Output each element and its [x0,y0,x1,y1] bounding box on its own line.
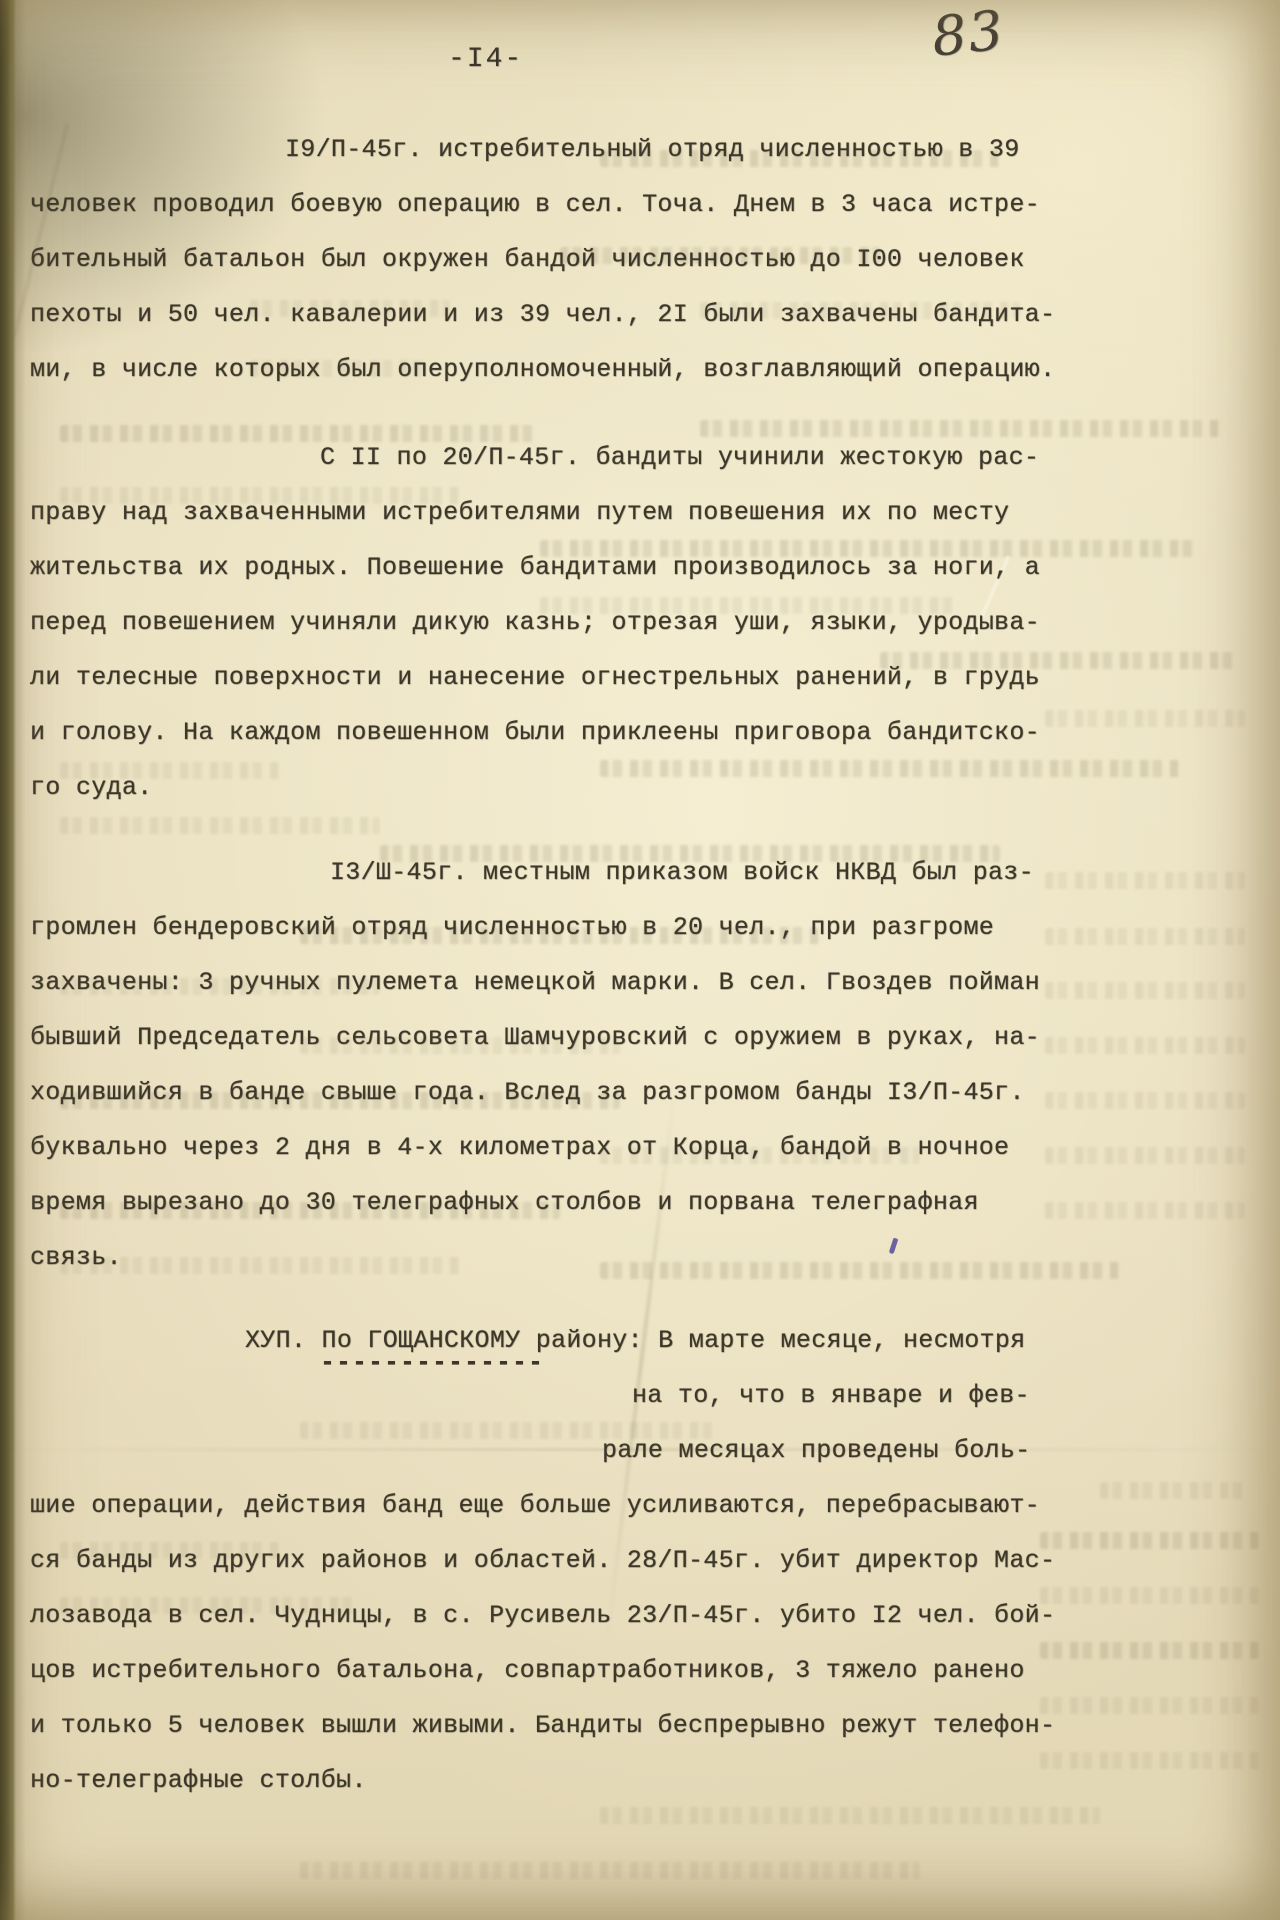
typed-line: I3/Ш-45г. местным приказом войск НКВД бы… [30,845,1050,900]
typed-line: цов истребительного батальона, совпартра… [30,1643,1050,1698]
section-heading: ХУП. По ГОЩАНСКОМУ району: В марте месяц… [30,1313,1050,1368]
bleed-through-text [1045,1147,1245,1164]
handwritten-folio-number: 83 [929,0,1008,69]
typed-line: го суда. [30,760,1050,815]
bleed-through-text [600,1807,1100,1824]
section-heading-paragraph: ХУП. По ГОЩАНСКОМУ району: В марте месяц… [30,1313,1050,1808]
typed-line: жительства их родных. Повешение бандитам… [30,540,1050,595]
typed-line: ли телесные поверхности и нанесение огне… [30,650,1050,705]
bleed-through-text [1045,982,1245,999]
typed-line: ходившийся в банде свыше года. Вслед за … [30,1065,1050,1120]
typed-line: перед повешением учиняли дикую казнь; от… [30,595,1050,650]
scan-edge-shadow-inner [12,0,26,1920]
bleed-through-text [1040,1642,1260,1659]
typed-line: пехоты и 50 чел. кавалерии и из 39 чел.,… [30,287,1050,342]
bleed-through-text [1045,1037,1245,1054]
typed-line: и голову. На каждом повешенном были прик… [30,705,1050,760]
typed-line: ми, в числе которых был оперуполномоченн… [30,342,1050,397]
typed-line: I9/П-45г. истребительный отряд численнос… [30,122,1050,177]
bleed-through-text [1100,1482,1250,1499]
typed-line: захвачены: 3 ручных пулемета немецкой ма… [30,955,1050,1010]
typed-line: бительный батальон был окружен бандой чи… [30,232,1050,287]
typed-line: человек проводил боевую операцию в сел. … [30,177,1050,232]
paragraph: I9/П-45г. истребительный отряд численнос… [30,122,1050,397]
bleed-through-text [1040,1532,1260,1549]
typed-line: бывший Председатель сельсовета Шамчуровс… [30,1010,1050,1065]
typed-line: шие операции, действия банд еще больше у… [30,1478,1050,1533]
typed-line: и только 5 человек вышли живыми. Бандиты… [30,1698,1050,1753]
bleed-through-text [1045,872,1245,889]
typed-line: С II по 20/П-45г. бандиты учинили жесток… [30,430,1050,485]
page-number: -I4- [448,32,523,87]
paragraph: I3/Ш-45г. местным приказом войск НКВД бы… [30,845,1050,1285]
bleed-through-text [1045,1092,1245,1109]
bleed-through-text [300,1862,920,1879]
typed-line: рале месяцах проведены боль- [30,1423,1050,1478]
typed-line: праву над захваченными истребителями пут… [30,485,1050,540]
bleed-through-text [1040,1697,1260,1714]
typed-text-column: I9/П-45г. истребительный отряд численнос… [30,122,1050,1808]
typed-line: буквально через 2 дня в 4-х километрах о… [30,1120,1050,1175]
dashed-underline: -------------- [320,1353,544,1373]
bleed-through-text [1045,1202,1245,1219]
typed-line: ся банды из других районов и областей. 2… [30,1533,1050,1588]
typed-line: лозавода в сел. Чудницы, в с. Русивель 2… [30,1588,1050,1643]
typed-line: связь. [30,1230,1050,1285]
bleed-through-text [1045,928,1245,945]
typed-line: громлен бендеровский отряд численностью … [30,900,1050,955]
paragraph: С II по 20/П-45г. бандиты учинили жесток… [30,430,1050,815]
typed-line: но-телеграфные столбы. [30,1753,1050,1808]
typed-line: время вырезано до 30 телеграфных столбов… [30,1175,1050,1230]
bleed-through-text [1040,1752,1260,1769]
bleed-through-text [1045,710,1245,727]
scanned-document-page: -I4- 83 I9/П-45г. истребительный отряд ч… [0,0,1280,1920]
bleed-through-text [1040,1587,1260,1604]
